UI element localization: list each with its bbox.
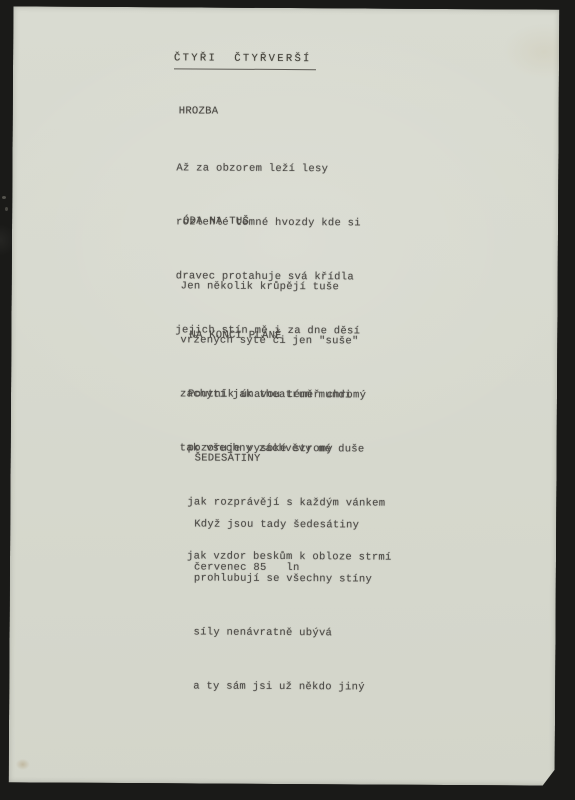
poem-line: síly nenávratně ubývá (193, 623, 371, 642)
poem-heading-na-konci-plane: NA KONCI PLÁNĚ (189, 326, 282, 345)
poem-heading-oda-na-tus: ÓDA NA TUŠ (183, 212, 249, 230)
typewritten-page: ČTYŘI ČTYŘVERŠÍ HROZBA Až za obzorem lež… (9, 6, 560, 785)
poem-stanza-sedesatiny: Když jsou tady šedesátiny prohlubují se … (193, 479, 373, 732)
date-line: červenec 85 ln (194, 558, 300, 577)
scan-background: ČTYŘI ČTYŘVERŠÍ HROZBA Až za obzorem lež… (0, 0, 575, 800)
page-title: ČTYŘI ČTYŘVERŠÍ (174, 49, 316, 70)
poem-line: a ty sám jsi už někdo jiný (193, 677, 371, 696)
scanner-dust-speck (5, 207, 8, 211)
scanner-dust-speck (2, 196, 6, 199)
poem-line: Poutník únavou téměř chromý (188, 385, 393, 404)
poem-line: Až za obzorem leží lesy (176, 159, 361, 178)
poem-heading-sedesatiny: ŠEDESÁTINY (195, 449, 261, 467)
poem-line: Jen několik krůpějí tuše (181, 277, 366, 296)
poem-heading-hrozba: HROZBA (179, 102, 219, 120)
poem-line: Když jsou tady šedesátiny (194, 515, 372, 534)
